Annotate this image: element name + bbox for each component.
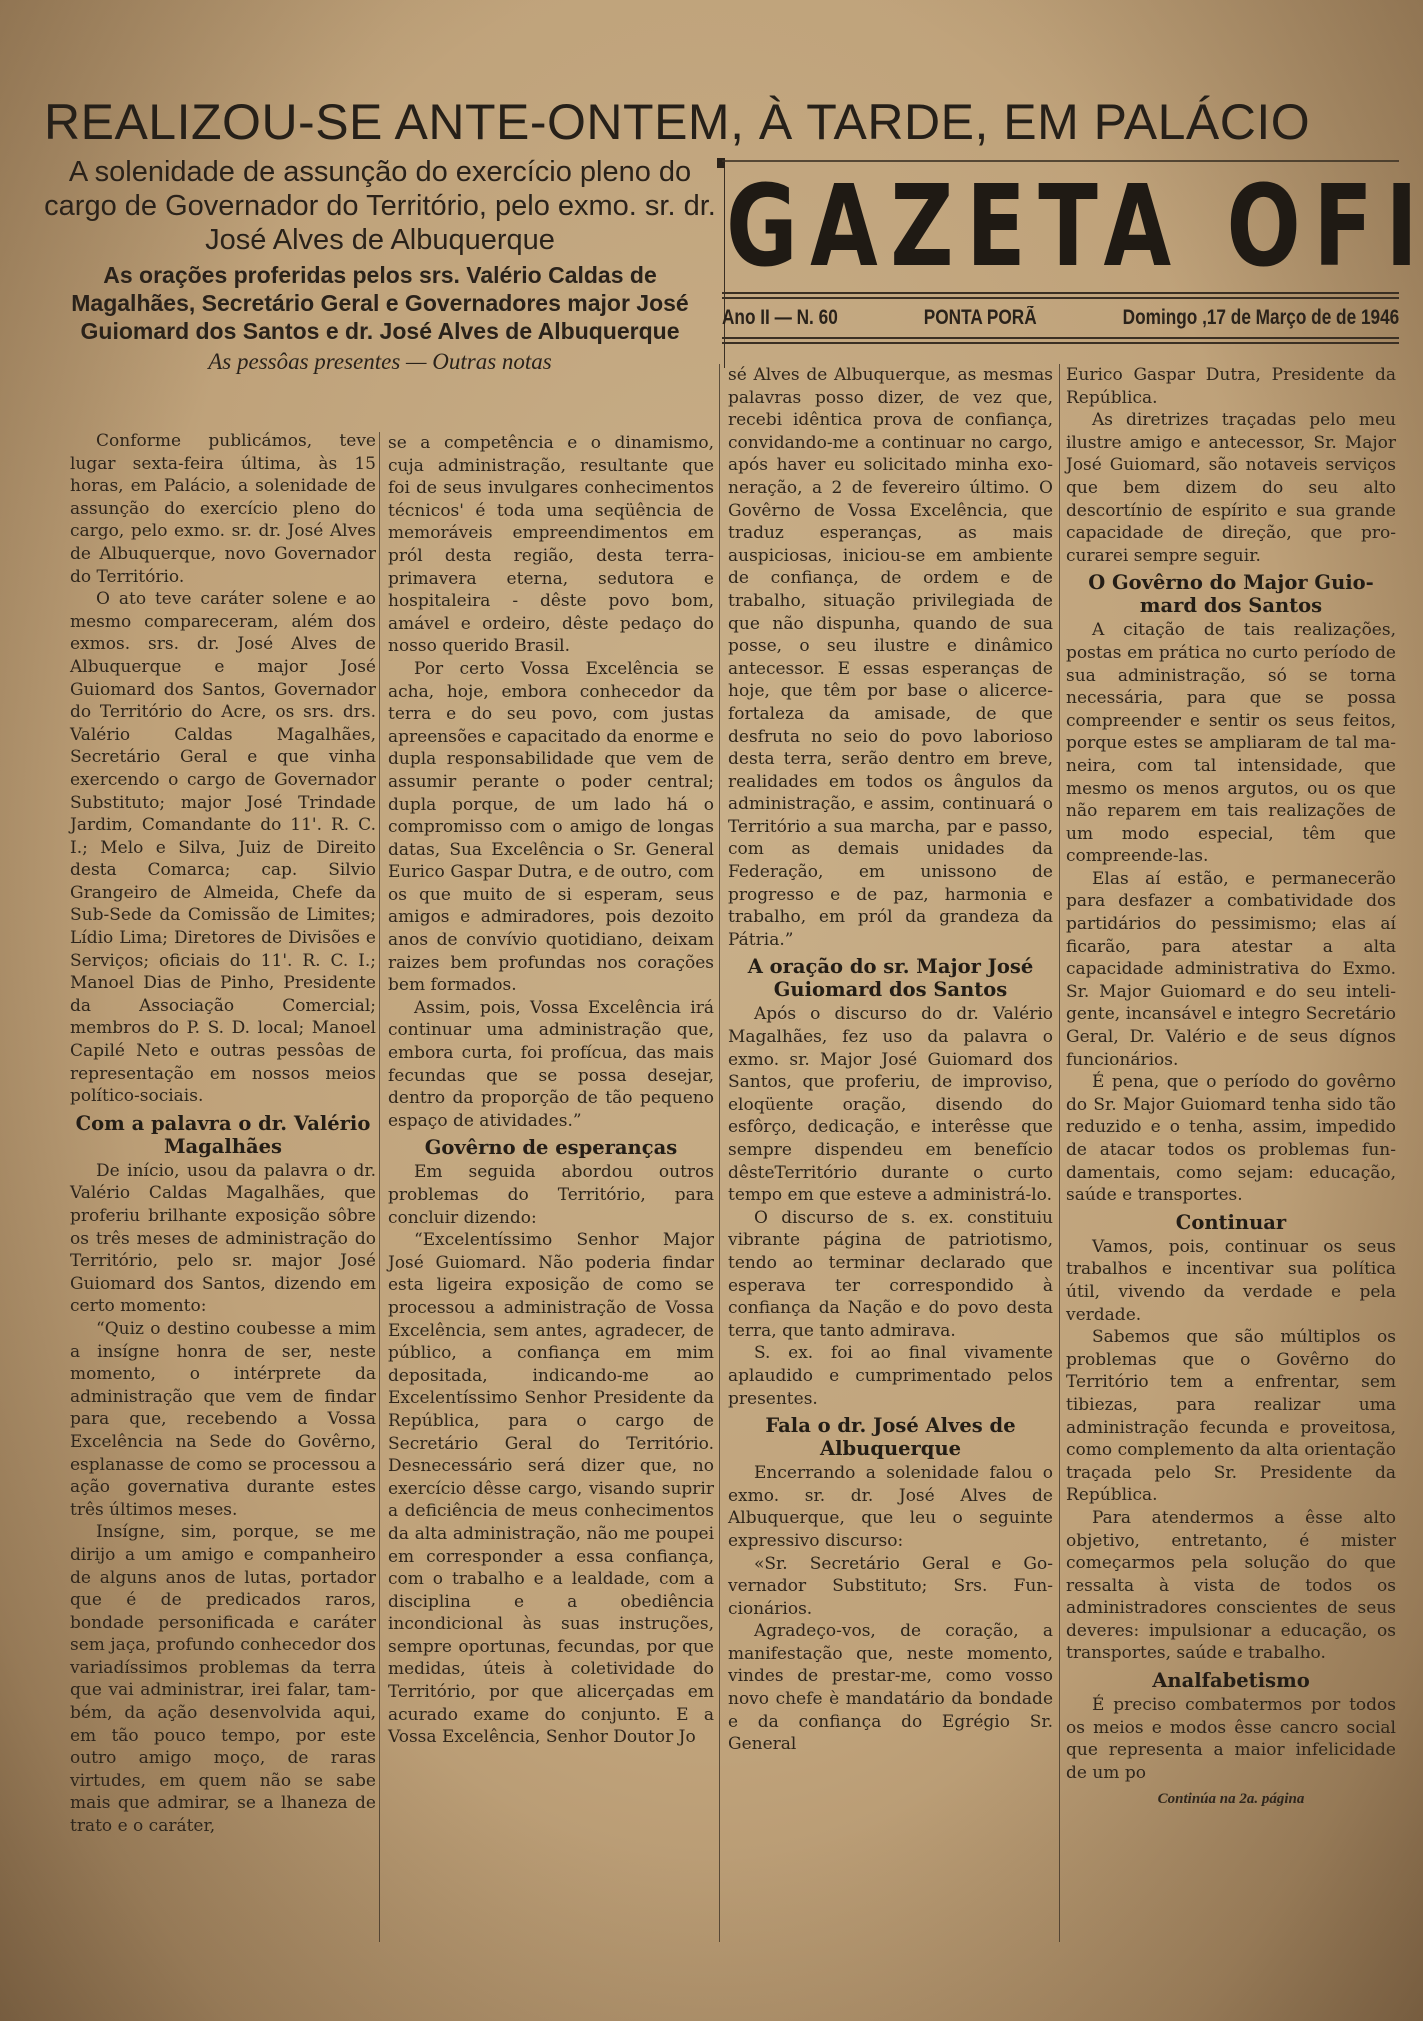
paragraph: É pena, que o período do govêrno do Sr. … xyxy=(1066,1071,1396,1207)
paragraph: Assim, pois, Vossa Excelên­cia irá conti… xyxy=(388,997,714,1133)
masthead-info-bar: Ano II — N. 60 PONTA PORÃ Domingo ,17 de… xyxy=(722,299,1399,337)
deck-tagline: As pessôas presentes — Outras notas xyxy=(40,347,720,377)
paragraph: Sabemos que são múltiplos os problemas q… xyxy=(1066,1326,1396,1507)
column-rule xyxy=(1059,364,1060,1942)
article-column-2: se a competência e o dinamis­mo, cuja ad… xyxy=(388,432,714,1749)
paragraph: As diretrizes traçadas pelo meu ilustre … xyxy=(1066,409,1396,567)
continued-note: Continúa na 2a. página xyxy=(1066,1788,1396,1811)
deck-primary: A solenidade de assunção do exercício pl… xyxy=(40,155,720,257)
deck-secondary: As orações proferidas pelos srs. Valério… xyxy=(40,261,720,345)
paragraph: Por certo Vossa Excelência se acha, hoje… xyxy=(388,658,714,997)
paragraph: De início, usou da palavra o dr. Valério… xyxy=(70,1160,376,1318)
paragraph: “Quiz o destino coubesse a mim a insígne… xyxy=(70,1318,376,1521)
issue-date: Domingo ,17 de Março de de 1946 xyxy=(1123,306,1400,330)
article-column-3: sé Alves de Albuquerque, as mesmas palav… xyxy=(728,364,1053,1756)
main-headline: REALIZOU-SE ANTE-ONTEM, À TARDE, EM PALÁ… xyxy=(44,92,1404,152)
city-name: PONTA PORÃ xyxy=(924,306,1037,330)
paragraph: A citação de tais realizações, postas em… xyxy=(1066,619,1396,868)
paragraph: O ato teve caráter solene e ao mesmo com… xyxy=(70,588,376,1108)
paragraph: Conforme publicámos, teve lugar sexta-fe… xyxy=(70,430,376,588)
section-heading: Continuar xyxy=(1066,1211,1396,1234)
paragraph: Após o discurso do dr. Va­lério Magalhãe… xyxy=(728,1003,1053,1206)
section-heading: O Govêrno do Major Guio­mard dos Santos xyxy=(1066,571,1396,617)
paragraph: É preciso combatermos por todos os meios… xyxy=(1066,1694,1396,1784)
section-heading: Fala o dr. José Alves de Albuquerque xyxy=(728,1414,1053,1460)
paragraph: O discurso de s. ex. consti­tuiu vibrant… xyxy=(728,1207,1053,1343)
newspaper-title: GAZETA OFICIAL xyxy=(726,162,1412,292)
paragraph: «Sr. Secretário Geral e Go­vernador Subs… xyxy=(728,1553,1053,1621)
column-rule xyxy=(719,364,720,1942)
column-rule xyxy=(379,432,380,1942)
section-heading: Govêrno de esperanças xyxy=(388,1136,714,1159)
paragraph: Insígne, sim, porque, se me dirijo a um … xyxy=(70,1521,376,1837)
paragraph: S. ex. foi ao final vivamente aplaudido … xyxy=(728,1342,1053,1410)
edition-number: Ano II — N. 60 xyxy=(722,306,838,330)
paragraph: Agradeço-vos, de coração, a manifestação… xyxy=(728,1620,1053,1756)
paragraph: Para atendermos a êsse alto objetivo, en… xyxy=(1066,1507,1396,1665)
paragraph: Elas aí estão, e permanece­rão para desf… xyxy=(1066,868,1396,1071)
paragraph: se a competência e o dinamis­mo, cuja ad… xyxy=(388,432,714,658)
article-deck: A solenidade de assunção do exercício pl… xyxy=(40,155,720,377)
masthead-double-rule xyxy=(722,292,1399,299)
paragraph: Eurico Gaspar Dutra, Presi­dente da Repú… xyxy=(1066,364,1396,409)
paragraph: Em seguida abordou outros problemas do T… xyxy=(388,1161,714,1229)
paragraph: sé Alves de Albuquerque, as mesmas palav… xyxy=(728,364,1053,951)
article-column-1: Conforme publicámos, teve lugar sexta-fe… xyxy=(70,430,376,1838)
article-column-4: Eurico Gaspar Dutra, Presi­dente da Repú… xyxy=(1066,364,1396,1811)
masthead: GAZETA OFICIAL Ano II — N. 60 PONTA PORÃ… xyxy=(722,160,1399,344)
paragraph: “Excelentíssimo Senhor Ma­jor José Guiom… xyxy=(388,1229,714,1749)
section-heading: A oração do sr. Major Jo­sé Guiomard dos… xyxy=(728,955,1053,1001)
section-heading: Com a palavra o dr. Va­lério Magalhães xyxy=(70,1112,376,1158)
paragraph: Vamos, pois, continuar os seus trabalhos… xyxy=(1066,1236,1396,1326)
section-heading: Analfabetismo xyxy=(1066,1669,1396,1692)
paragraph: Encerrando a solenidade fa­lou o exmo. s… xyxy=(728,1462,1053,1552)
masthead-bottom-rule xyxy=(722,337,1399,344)
